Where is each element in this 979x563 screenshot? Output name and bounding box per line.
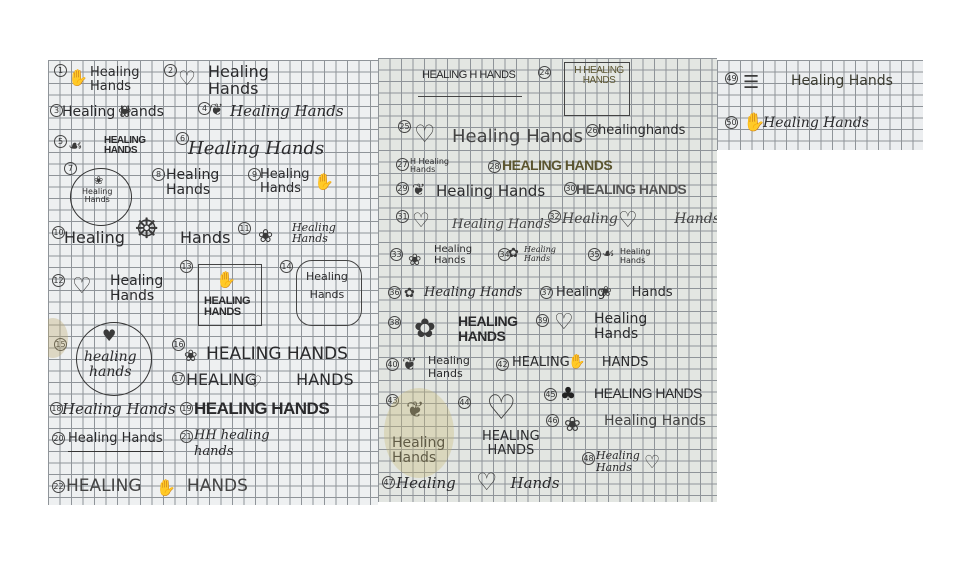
sketch-label: HEALING HANDS — [594, 386, 702, 400]
heart-hand-icon: ♥ — [102, 326, 116, 345]
flower-icon: ✿ — [414, 314, 436, 344]
sketch-number: 48 — [582, 452, 595, 465]
sketch-label: HEALING HANDS — [204, 296, 250, 318]
sketch-number: 46 — [546, 414, 559, 427]
sketch-label: Healing Hands — [292, 222, 336, 244]
lotus-hands-icon: ❦ — [412, 180, 425, 199]
sketch-label: HH healing hands — [194, 428, 284, 459]
sketch-label: Healing Hands — [620, 248, 650, 266]
sketch-label: Healing Hands — [90, 66, 139, 93]
sketch-label: Healing Hands — [188, 140, 324, 158]
sketch-number: 7 — [64, 162, 77, 175]
sketch-number: 33 — [390, 248, 403, 261]
sketch-label: Healing Hands — [524, 246, 556, 264]
swirl-icon: ☙ — [602, 246, 615, 262]
sketch-label: Healing Hands — [763, 116, 869, 130]
sketch-number: 42 — [496, 358, 509, 371]
lotus-icon: ❀ — [408, 250, 421, 269]
heart-hand-icon: ♡ — [486, 388, 516, 428]
sketch-label: Healing Hands — [436, 184, 545, 199]
sketch-number: 5 — [54, 135, 67, 148]
sketch-label: HEALING HANDS — [186, 372, 354, 388]
sketch-number: 2 — [164, 64, 177, 77]
sketch-number: 21 — [180, 430, 193, 443]
lotus-icon: ❀ — [184, 346, 197, 365]
sketch-label: Healing Hands — [82, 188, 112, 204]
paper-stain — [384, 388, 454, 478]
sketch-label: HEALING HANDS — [206, 346, 348, 363]
sketch-label: Healing Hands — [604, 414, 706, 428]
lotus-icon: ❀ — [600, 284, 612, 300]
sketch-label: Healing Hands — [596, 450, 640, 474]
sketch-label: Healing Hands — [424, 286, 522, 299]
sketch-label: healinghands — [598, 124, 685, 137]
sketch-label: HEALING HANDS — [458, 314, 518, 345]
sketch-label: Healing Hands — [428, 354, 470, 380]
sketch-label: Healing Hands — [556, 286, 673, 299]
sketch-label: Healing Hands — [306, 268, 348, 303]
heart-hands-icon: ♡ — [554, 310, 574, 335]
sketch-number: 24 — [538, 66, 551, 79]
sketch-number: 13 — [180, 260, 193, 273]
sketch-label: Healing Hands — [62, 105, 164, 119]
raised-hands-icon: ✋ — [568, 354, 585, 370]
sketch-label: HEALING HANDS — [482, 430, 540, 459]
lotus-hands-icon: ❀ — [118, 102, 131, 121]
hands-in-box-icon: ✋ — [216, 270, 236, 289]
sketch-label: HEALING HANDS — [576, 182, 686, 196]
lotus-icon: ❀ — [564, 412, 581, 436]
sketch-number: 14 — [280, 260, 293, 273]
sketch-number: 25 — [398, 120, 411, 133]
hands-heart-icon: ♡ — [178, 66, 196, 90]
sketch-number: 38 — [388, 316, 401, 329]
sketch-number: 22 — [52, 480, 65, 493]
sketch-sheet-right: 49 ☰ Healing Hands 50 ✋ Healing Hands — [717, 60, 923, 150]
sketch-label: H HEALING HANDS — [574, 66, 624, 86]
heart-hand-icon: ♡ — [414, 120, 436, 148]
sketch-number: 17 — [172, 372, 185, 385]
raised-hands-icon: ✋ — [68, 68, 88, 87]
sketch-label: HEALING HANDS — [502, 158, 612, 172]
sketch-number: 12 — [52, 274, 65, 287]
open-hand-icon: ☙ — [68, 136, 82, 155]
sketch-number: 20 — [52, 432, 65, 445]
sketch-label: Healing Hands — [434, 244, 472, 266]
sketch-label: Healing Hands — [68, 432, 163, 452]
sketch-number: 11 — [238, 222, 251, 235]
cupped-hands-lotus-icon: ❦ — [210, 100, 223, 119]
heart-hands-icon: ♡ — [476, 468, 498, 496]
sketch-number: 35 — [588, 248, 601, 261]
sketch-number: 44 — [458, 396, 471, 409]
sketch-label: HEALING H HANDS — [422, 70, 515, 81]
sketch-label: Healing Hands — [562, 212, 717, 226]
sketch-number: 47 — [382, 476, 395, 489]
sketch-label: Healing Hands — [208, 64, 269, 98]
sketch-number: 28 — [488, 160, 501, 173]
sketch-sheet-left: 1 ✋ Healing Hands 2 ♡ Healing Hands 3 He… — [48, 60, 378, 505]
heart-hands-icon: ♡ — [412, 208, 430, 232]
sketch-label: Healing Hands — [594, 312, 647, 343]
sketch-number: 45 — [544, 388, 557, 401]
sketch-label: Healing Hands — [260, 168, 309, 197]
sketch-number: 8 — [152, 168, 165, 181]
sketch-label: Healing Hands — [62, 402, 176, 417]
sketch-number: 29 — [396, 182, 409, 195]
sketch-label: Healing Hands — [166, 168, 219, 199]
raised-hands-icon: ✋ — [314, 172, 334, 191]
heart-hand-icon: ♡ — [644, 452, 660, 473]
heart-hands-icon: ♡ — [618, 208, 638, 233]
sketch-number: 40 — [386, 358, 399, 371]
stacked-stones-hands-icon: ☸ — [134, 212, 159, 245]
sketch-label: Healing Hands — [110, 274, 163, 305]
lotus-icon: ❀ — [258, 226, 273, 247]
sketch-number: 36 — [388, 286, 401, 299]
sketch-number: 1 — [54, 64, 67, 77]
sketch-number: 27 — [396, 158, 409, 171]
sketch-label: Healing Hands — [452, 218, 550, 231]
sketch-number: 49 — [725, 72, 738, 85]
paper-stain — [48, 318, 68, 358]
sketch-sheet-middle: HEALING H HANDS 24 H HEALING HANDS 25 ♡ … — [378, 58, 717, 502]
sketch-label: Healing Hands — [452, 128, 583, 146]
sketch-label: Healing Hands — [791, 74, 893, 88]
sketch-label: HEALING HANDS — [104, 136, 146, 156]
sketch-label: Healing Hands — [230, 104, 344, 119]
sketch-number: 32 — [548, 210, 561, 223]
sketch-label: H Healing Hands — [410, 158, 460, 174]
flower-icon: ✿ — [508, 246, 519, 261]
sketch-label: HEALING HANDS — [194, 400, 329, 417]
sketch-number: 37 — [540, 286, 553, 299]
sketch-label: healing hands — [84, 350, 137, 381]
sketch-number: 39 — [536, 314, 549, 327]
stacked-stones-icon: ☰ — [743, 72, 759, 93]
raised-hands-icon: ✋ — [156, 478, 176, 497]
lotus-icon: ❀ — [94, 174, 103, 187]
hand-flower-icon: ❦ — [402, 354, 417, 375]
sketch-number: 50 — [725, 116, 738, 129]
sketch-number: 31 — [396, 210, 409, 223]
sketch-number: 19 — [180, 402, 193, 415]
lotus-solid-icon: ♣ — [560, 384, 576, 405]
heart-hand-icon: ♡ — [72, 274, 92, 299]
heart-hand-icon: ♡ — [248, 372, 262, 391]
flower-icon: ✿ — [404, 286, 415, 301]
